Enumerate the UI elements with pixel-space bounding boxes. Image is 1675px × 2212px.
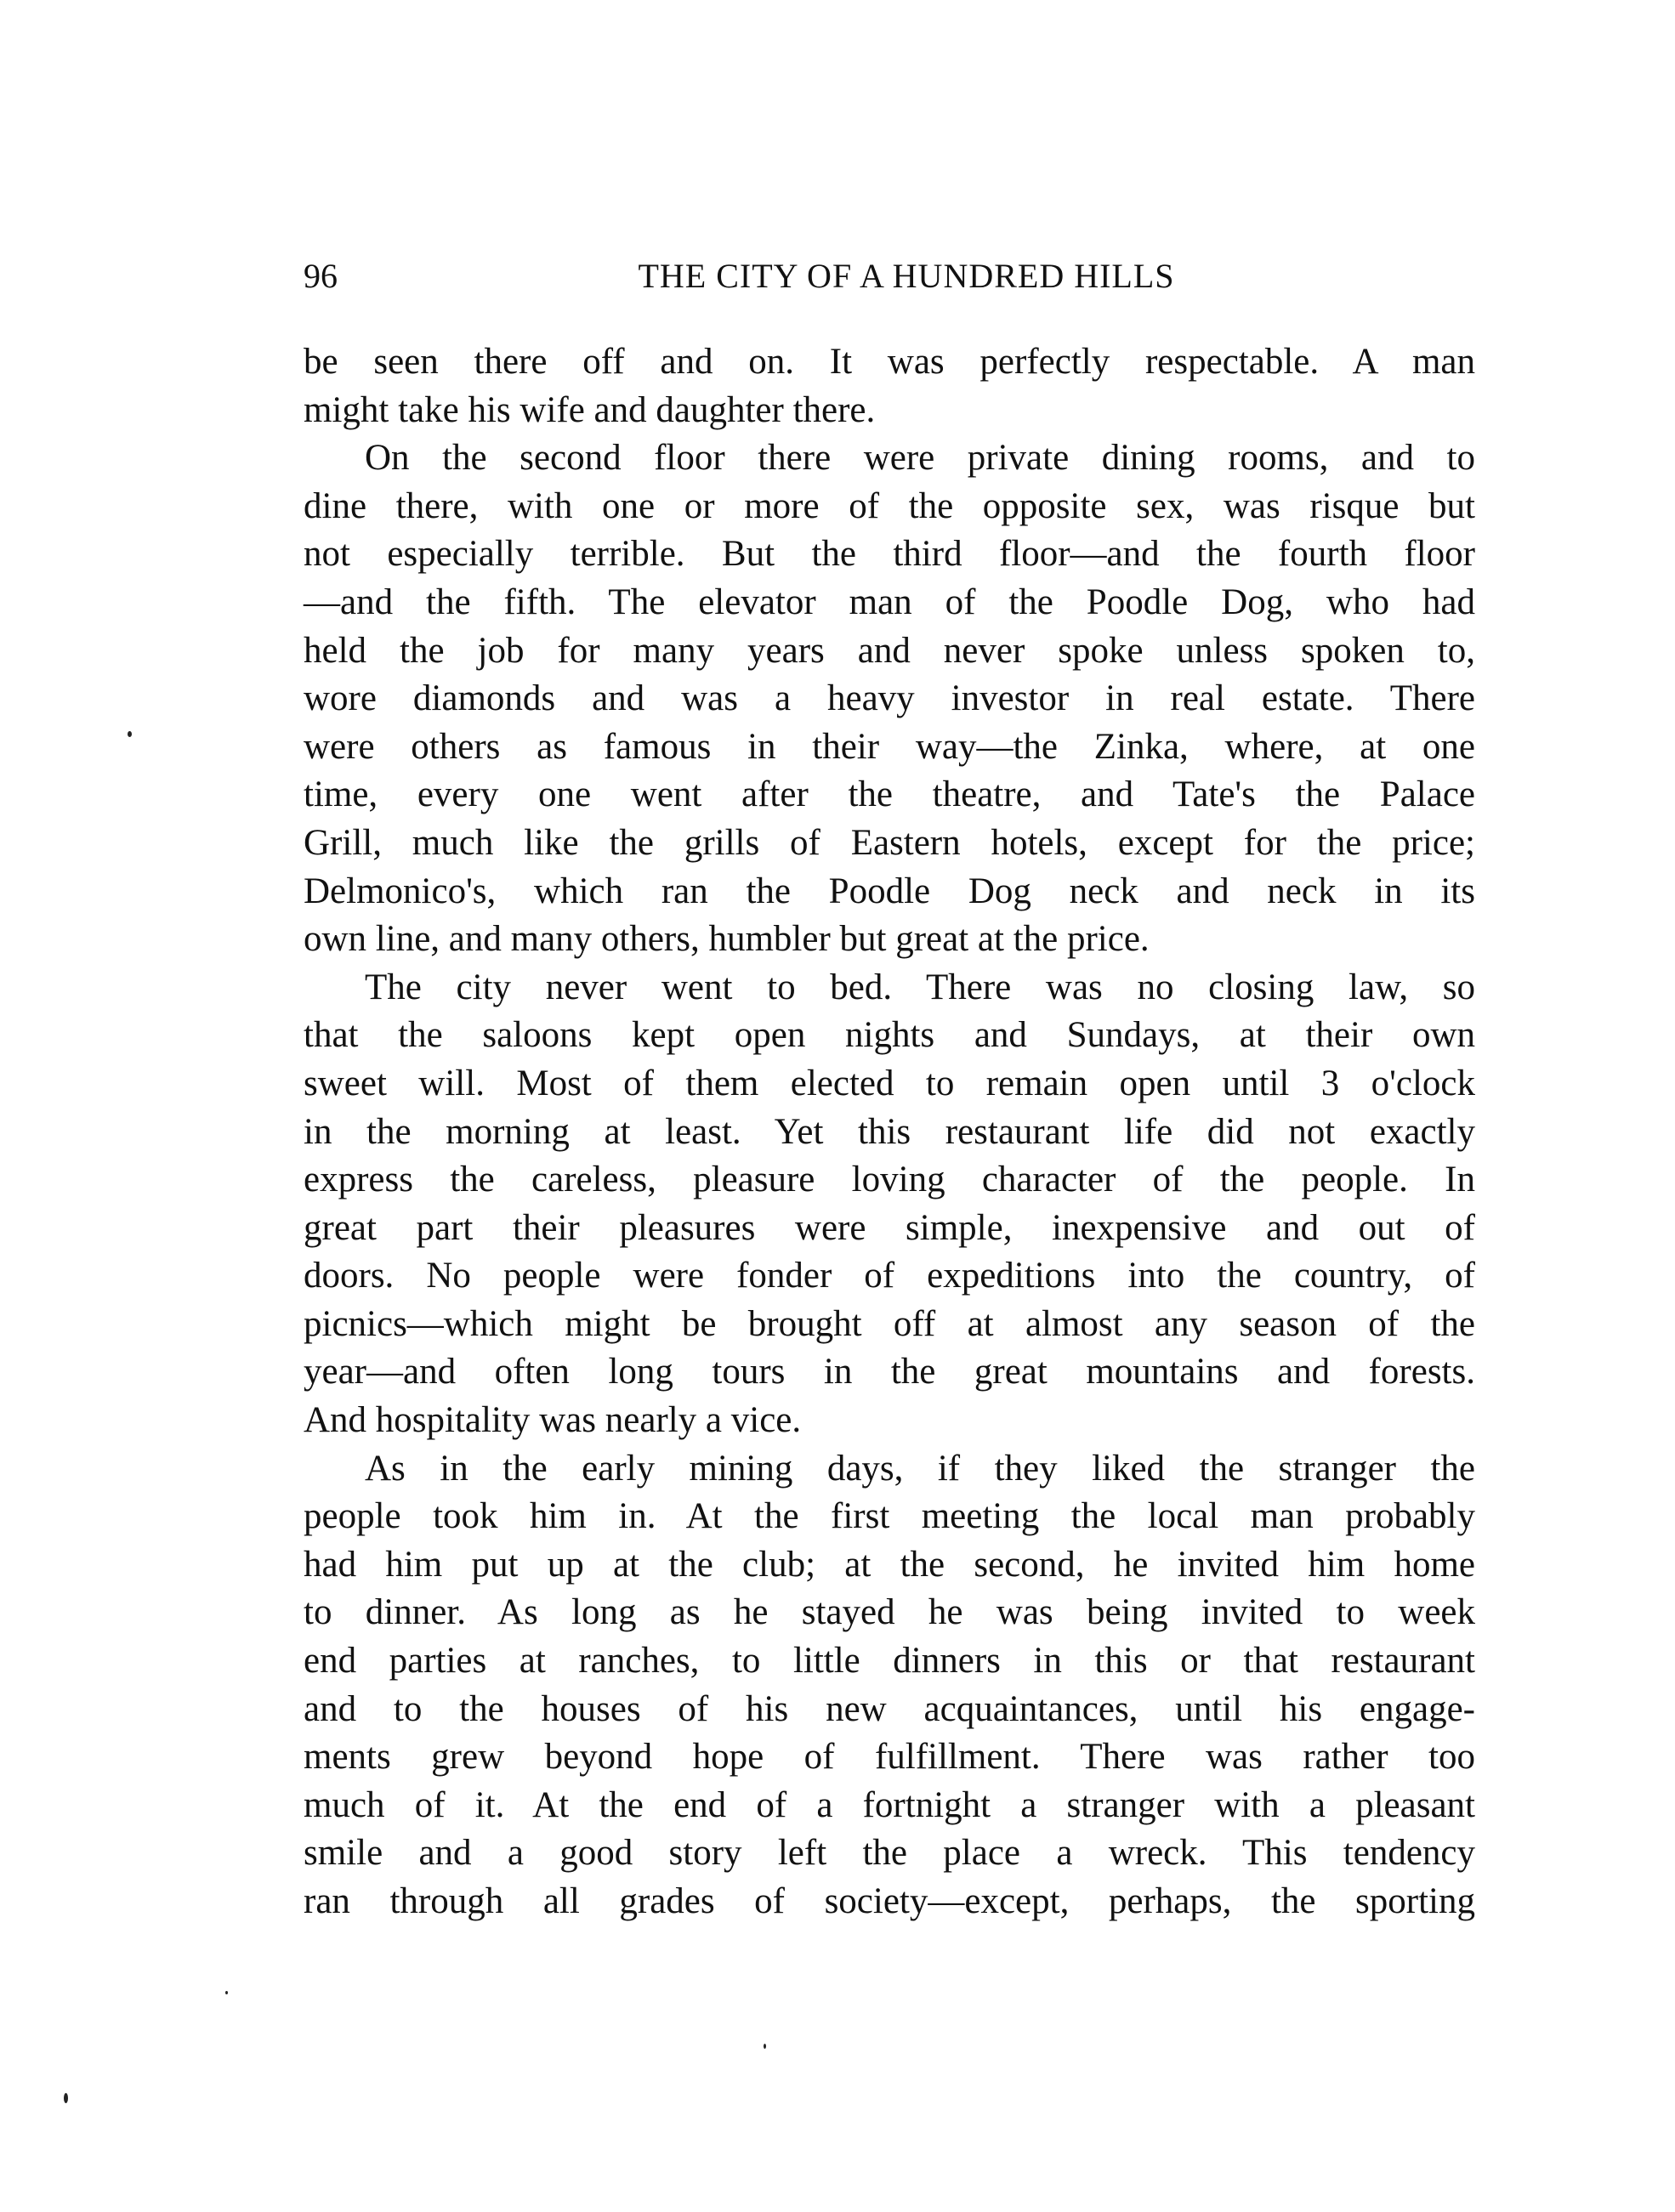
text-line: great part their pleasures were simple, …: [304, 1205, 1475, 1253]
running-head: 96 THE CITY OF A HUNDRED HILLS: [304, 255, 1475, 298]
text-line: held the job for many years and never sp…: [304, 627, 1475, 676]
text-line: not especially terrible. But the third f…: [304, 530, 1475, 579]
text-line: year—and often long tours in the great m…: [304, 1348, 1475, 1397]
text-line: in the morning at least. Yet this restau…: [304, 1109, 1475, 1157]
body-text: be seen there off and on. It was perfect…: [304, 338, 1475, 1926]
text-line: dine there, with one or more of the oppo…: [304, 483, 1475, 531]
text-line: people took him in. At the first meeting…: [304, 1493, 1475, 1541]
text-line: picnics—which might be brought off at al…: [304, 1301, 1475, 1349]
text-line: and to the houses of his new acquaintanc…: [304, 1686, 1475, 1734]
text-line: On the second floor there were private d…: [304, 434, 1475, 483]
scan-speck: [225, 1991, 228, 1994]
text-line: Delmonico's, which ran the Poodle Dog ne…: [304, 868, 1475, 916]
text-line: own line, and many others, humbler but g…: [304, 916, 1475, 964]
text-line: wore diamonds and was a heavy investor i…: [304, 675, 1475, 723]
text-line: And hospitality was nearly a vice.: [304, 1397, 1475, 1445]
text-line: As in the early mining days, if they lik…: [304, 1445, 1475, 1494]
scan-speck: [764, 2044, 766, 2049]
running-title: THE CITY OF A HUNDRED HILLS: [304, 255, 1475, 298]
text-line: were others as famous in their way—the Z…: [304, 723, 1475, 772]
text-line: sweet will. Most of them elected to rema…: [304, 1060, 1475, 1109]
text-line: that the saloons kept open nights and Su…: [304, 1012, 1475, 1060]
text-line: doors. No people were fonder of expediti…: [304, 1252, 1475, 1301]
text-line: time, every one went after the theatre, …: [304, 771, 1475, 820]
text-line: The city never went to bed. There was no…: [304, 964, 1475, 1012]
scan-speck: [64, 2093, 68, 2103]
text-line: smile and a good story left the place a …: [304, 1829, 1475, 1878]
scan-speck: [128, 731, 132, 737]
text-line: might take his wife and daughter there.: [304, 387, 1475, 435]
text-line: ments grew beyond hope of fulfillment. T…: [304, 1733, 1475, 1782]
text-line: —and the fifth. The elevator man of the …: [304, 579, 1475, 627]
text-line: end parties at ranches, to little dinner…: [304, 1637, 1475, 1686]
text-line: Grill, much like the grills of Eastern h…: [304, 820, 1475, 868]
text-line: much of it. At the end of a fortnight a …: [304, 1782, 1475, 1830]
text-line: had him put up at the club; at the secon…: [304, 1541, 1475, 1590]
text-line: ran through all grades of society—except…: [304, 1878, 1475, 1926]
text-line: express the careless, pleasure loving ch…: [304, 1156, 1475, 1205]
text-line: to dinner. As long as he stayed he was b…: [304, 1589, 1475, 1637]
book-page: 96 THE CITY OF A HUNDRED HILLS be seen t…: [0, 0, 1675, 2212]
text-line: be seen there off and on. It was perfect…: [304, 338, 1475, 387]
